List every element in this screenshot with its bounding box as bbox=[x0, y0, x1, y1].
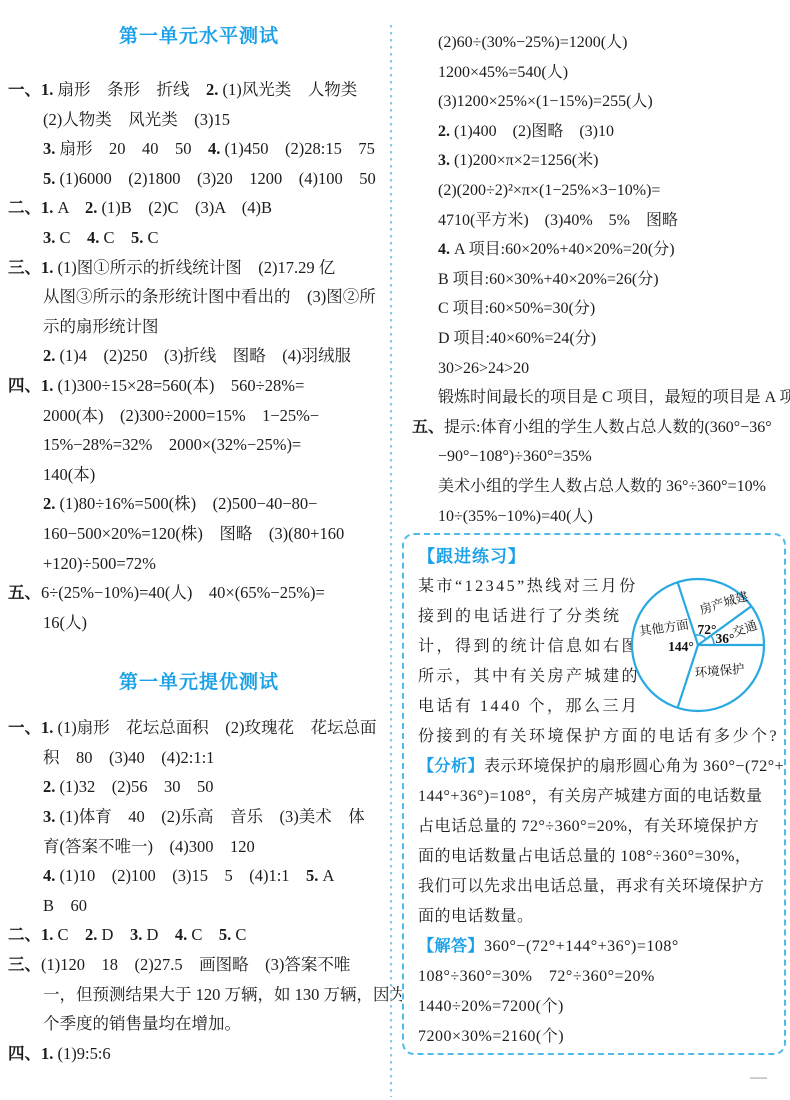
text-segment: 108°÷360°=30% 72°÷360°=20% bbox=[418, 968, 655, 985]
text-segment: 30>26>24>20 bbox=[438, 360, 529, 377]
text-segment: 美术小组的学生人数占总人数的 36°÷360°=10% bbox=[438, 478, 766, 495]
text-segment: A 项目:60×20%+40×20%=20(分) bbox=[454, 241, 675, 258]
answer-line: (2)(200÷2)²×π×(1−25%×3−10%)= bbox=[412, 176, 788, 206]
text-segment: (1)200×π×2=1256(米) bbox=[454, 152, 598, 169]
answer-line: 二、1. C 2. D 3. D 4. C 5. C bbox=[8, 920, 390, 950]
text-segment: 1440÷20%=7200(个) bbox=[418, 998, 564, 1015]
text-segment: (1)6000 (2)1800 (3)20 1200 (4)100 50 bbox=[60, 169, 376, 188]
answer-line: 三、1. (1)图①所示的折线统计图 (2)17.29 亿 bbox=[8, 253, 390, 283]
text-segment: 育(答案不唯一) (4)300 120 bbox=[43, 837, 255, 856]
answer-line: 2000(本) (2)300÷2000=15% 1−25%− bbox=[8, 401, 390, 431]
answer-line: 一、1. (1)扇形 花坛总面积 (2)玫瑰花 花坛总面 bbox=[8, 713, 390, 743]
text-segment: 4. bbox=[438, 241, 454, 258]
text-segment: C bbox=[148, 228, 159, 247]
answer-line: 二、1. A 2. (1)B (2)C (3)A (4)B bbox=[8, 193, 390, 223]
page-number-mark: — bbox=[750, 1068, 767, 1085]
text-segment: 4. bbox=[87, 228, 104, 247]
text-segment: 接到的电话进行了分类统 bbox=[418, 608, 622, 625]
text-segment: (2)人物类 风光类 (3)15 bbox=[43, 110, 230, 129]
answer-line: 7200×30%=2160(个) bbox=[418, 1022, 770, 1052]
answer-line: (3)1200×25%×(1−15%)=255(人) bbox=[412, 87, 788, 117]
answer-line: 锻炼时间最长的项目是 C 项目，最短的项目是 A 项目。 bbox=[412, 383, 788, 413]
text-segment: 5. bbox=[43, 169, 60, 188]
answer-line: 144°+36°)=108°，有关房产城建方面的电话数量 bbox=[418, 782, 770, 812]
answer-line: 【分析】表示环境保护的扇形圆心角为 360°−(72°+ bbox=[418, 752, 770, 782]
text-segment: C 项目:60×50%=30(分) bbox=[438, 300, 595, 317]
answer-line: 3. C 4. C 5. C bbox=[8, 223, 390, 253]
text-segment: 二、 bbox=[8, 198, 41, 217]
text-segment: 360°−(72°+144°+36°)=108° bbox=[484, 938, 679, 955]
text-segment: 三、 bbox=[8, 258, 41, 277]
answer-line: 1200×45%=540(人) bbox=[412, 58, 788, 88]
text-segment: 144°+36°)=108°，有关房产城建方面的电话数量 bbox=[418, 788, 763, 805]
text-segment: D bbox=[102, 925, 130, 944]
text-segment: 1. bbox=[41, 198, 58, 217]
practice-box: 【跟进练习】 某市“12345”热线对三月份接到的电话进行了分类统计，得到的统计… bbox=[402, 533, 786, 1055]
text-segment: 占电话总量的 72°÷360°=20%，有关环境保护方 bbox=[418, 818, 759, 835]
text-segment: 电话有 1440 个，那么三月 bbox=[418, 698, 640, 715]
answer-line: 【解答】360°−(72°+144°+36°)=108° bbox=[418, 932, 770, 962]
text-segment: 四、 bbox=[8, 1044, 41, 1063]
text-segment: B 项目:60×30%+40×20%=26(分) bbox=[438, 271, 659, 288]
text-segment: 4. bbox=[208, 139, 225, 158]
column-divider bbox=[390, 25, 392, 1097]
answer-line: 示的扇形统计图 bbox=[8, 312, 390, 342]
text-segment: 从图③所示的条形统计图中看出的 (3)图②所 bbox=[43, 287, 376, 306]
answer-line: (2)人物类 风光类 (3)15 bbox=[8, 105, 390, 135]
text-segment: 积 80 (3)40 (4)2:1:1 bbox=[43, 748, 214, 767]
answer-line: 1440÷20%=7200(个) bbox=[418, 992, 770, 1022]
answer-line: 2. (1)32 (2)56 30 50 bbox=[8, 772, 390, 802]
answer-line: 3. (1)200×π×2=1256(米) bbox=[412, 146, 788, 176]
text-segment: C bbox=[235, 925, 246, 944]
answer-line: 108°÷360°=30% 72°÷360°=20% bbox=[418, 962, 770, 992]
answer-line: 一、1. 扇形 条形 折线 2. (1)风光类 人物类 bbox=[8, 75, 390, 105]
answer-line: D 项目:40×60%=24(分) bbox=[412, 324, 788, 354]
inline-label: 【解答】 bbox=[418, 938, 484, 955]
text-segment: 1. bbox=[41, 258, 58, 277]
answer-line: 16(人) bbox=[8, 608, 390, 638]
answer-line: 2. (1)80÷16%=500(株) (2)500−40−80− bbox=[8, 489, 390, 519]
text-segment: 我们可以先求出电话总量，再求有关环境保护方 bbox=[418, 878, 765, 895]
answer-line: 3. 扇形 20 40 50 4. (1)450 (2)28:15 75 bbox=[8, 134, 390, 164]
text-segment: 计，得到的统计信息如右图 bbox=[418, 638, 640, 655]
text-segment: 1. bbox=[41, 80, 58, 99]
text-segment: (1)风光类 人物类 bbox=[223, 80, 358, 99]
answer-lines-unit1-advanced-test: 一、1. (1)扇形 花坛总面积 (2)玫瑰花 花坛总面积 80 (3)40 (… bbox=[8, 713, 390, 1068]
answer-lines-continued: (2)60÷(30%−25%)=1200(人)1200×45%=540(人)(3… bbox=[412, 28, 788, 531]
text-segment: 2. bbox=[85, 925, 102, 944]
section-title-unit1-advanced-test: 第一单元提优测试 bbox=[8, 670, 390, 696]
text-segment: 3. bbox=[43, 228, 60, 247]
answer-line: 160−500×20%=120(株) 图略 (3)(80+160 bbox=[8, 519, 390, 549]
pie-angle-label: 144° bbox=[668, 639, 694, 654]
text-segment: 三、 bbox=[8, 955, 41, 974]
text-segment: 4. bbox=[175, 925, 192, 944]
text-segment: 2000(本) (2)300÷2000=15% 1−25%− bbox=[43, 406, 319, 425]
text-segment: 2. bbox=[206, 80, 223, 99]
text-segment: 扇形 条形 折线 bbox=[58, 80, 207, 99]
text-segment: 3. bbox=[438, 152, 454, 169]
answer-line: 积 80 (3)40 (4)2:1:1 bbox=[8, 743, 390, 773]
text-segment: 1. bbox=[41, 1044, 58, 1063]
text-segment: 面的电话数量。 bbox=[418, 908, 534, 925]
answer-lines-unit1-level-test: 一、1. 扇形 条形 折线 2. (1)风光类 人物类(2)人物类 风光类 (3… bbox=[8, 75, 390, 637]
answer-line: 五、6÷(25%−10%)=40(人) 40×(65%−25%)= bbox=[8, 578, 390, 608]
text-segment: 4. bbox=[43, 866, 60, 885]
text-segment: (1)400 (2)图略 (3)10 bbox=[454, 123, 614, 140]
text-segment: (1)32 (2)56 30 50 bbox=[60, 777, 214, 796]
answer-line: 一，但预测结果大于 120 万辆，如 130 万辆，因为每 bbox=[8, 980, 390, 1010]
text-segment: 5. bbox=[306, 866, 323, 885]
text-segment: 四、 bbox=[8, 376, 41, 395]
answer-line: 占电话总量的 72°÷360°=20%，有关环境保护方 bbox=[418, 812, 770, 842]
text-segment: −90°−108°)÷360°=35% bbox=[438, 448, 592, 465]
answer-line: 5. (1)6000 (2)1800 (3)20 1200 (4)100 50 bbox=[8, 164, 390, 194]
answer-line: 从图③所示的条形统计图中看出的 (3)图②所 bbox=[8, 282, 390, 312]
answer-line: 美术小组的学生人数占总人数的 36°÷360°=10% bbox=[412, 472, 788, 502]
text-segment: (2)60÷(30%−25%)=1200(人) bbox=[438, 34, 627, 51]
text-segment: 五、 bbox=[412, 419, 444, 436]
answer-line: 育(答案不唯一) (4)300 120 bbox=[8, 832, 390, 862]
text-segment: C bbox=[191, 925, 219, 944]
answer-line: 个季度的销售量均在增加。 bbox=[8, 1009, 390, 1039]
text-segment: (1)10 (2)100 (3)15 5 (4)1:1 bbox=[60, 866, 307, 885]
practice-box-tag: 【跟进练习】 bbox=[418, 542, 770, 572]
text-segment: (1)扇形 花坛总面积 (2)玫瑰花 花坛总面 bbox=[58, 718, 377, 737]
text-segment: 160−500×20%=120(株) 图略 (3)(80+160 bbox=[43, 524, 344, 543]
text-segment: 3. bbox=[43, 807, 60, 826]
text-segment: 示的扇形统计图 bbox=[43, 317, 159, 336]
text-segment: 16(人) bbox=[43, 613, 87, 632]
text-segment: (3)1200×25%×(1−15%)=255(人) bbox=[438, 93, 653, 110]
text-segment: 1200×45%=540(人) bbox=[438, 64, 568, 81]
text-segment: 一、 bbox=[8, 718, 41, 737]
answer-line: 3. (1)体育 40 (2)乐高 音乐 (3)美术 体 bbox=[8, 802, 390, 832]
text-segment: 5. bbox=[131, 228, 148, 247]
text-segment: 二、 bbox=[8, 925, 41, 944]
text-segment: 个季度的销售量均在增加。 bbox=[43, 1014, 241, 1033]
text-segment: (1)120 18 (2)27.5 画图略 (3)答案不唯 bbox=[41, 955, 350, 974]
answer-line: 2. (1)4 (2)250 (3)折线 图略 (4)羽绒服 bbox=[8, 341, 390, 371]
answer-line: 四、1. (1)9:5:6 bbox=[8, 1039, 390, 1069]
left-column: 第一单元水平测试 一、1. 扇形 条形 折线 2. (1)风光类 人物类(2)人… bbox=[8, 24, 390, 1068]
answer-line: 面的电话数量。 bbox=[418, 902, 770, 932]
answer-line: 份接到的有关环境保护方面的电话有多少个? bbox=[418, 722, 770, 752]
text-segment: 1. bbox=[41, 925, 58, 944]
text-segment: 2. bbox=[43, 346, 60, 365]
text-segment: 7200×30%=2160(个) bbox=[418, 1028, 564, 1045]
text-segment: (1)300÷15×28=560(本) 560÷28%= bbox=[58, 376, 305, 395]
practice-analysis-and-answer: 【分析】表示环境保护的扇形圆心角为 360°−(72°+144°+36°)=10… bbox=[418, 752, 770, 1052]
text-segment: A bbox=[323, 866, 335, 885]
text-segment: 6÷(25%−10%)=40(人) 40×(65%−25%)= bbox=[41, 583, 325, 602]
text-segment: (2)(200÷2)²×π×(1−25%×3−10%)= bbox=[438, 182, 660, 199]
pie-angle-label: 72° bbox=[698, 622, 717, 637]
answer-line: 五、提示:体育小组的学生人数占总人数的(360°−36° bbox=[412, 413, 788, 443]
answer-line: 4. (1)10 (2)100 (3)15 5 (4)1:1 5. A bbox=[8, 861, 390, 891]
text-segment: (1)4 (2)250 (3)折线 图略 (4)羽绒服 bbox=[60, 346, 351, 365]
text-segment: 提示:体育小组的学生人数占总人数的(360°−36° bbox=[444, 419, 772, 436]
text-segment: 五、 bbox=[8, 583, 41, 602]
text-segment: 某市“12345”热线对三月份 bbox=[418, 578, 638, 595]
pie-angle-label: 36° bbox=[716, 631, 735, 646]
text-segment: 面的电话数量占电话总量的 108°÷360°=30%， bbox=[418, 848, 751, 865]
answer-line: 2. (1)400 (2)图略 (3)10 bbox=[412, 117, 788, 147]
text-segment: 15%−28%=32% 2000×(32%−25%)= bbox=[43, 435, 301, 454]
answer-line: 面的电话数量占电话总量的 108°÷360°=30%， bbox=[418, 842, 770, 872]
text-segment: 一，但预测结果大于 120 万辆，如 130 万辆，因为每 bbox=[43, 985, 423, 1004]
text-segment: 扇形 20 40 50 bbox=[60, 139, 209, 158]
text-segment: 10÷(35%−10%)=40(人) bbox=[438, 508, 593, 525]
text-segment: B 60 bbox=[43, 896, 87, 915]
text-segment: 表示环境保护的扇形圆心角为 360°−(72°+ bbox=[484, 758, 784, 775]
text-segment: 一、 bbox=[8, 80, 41, 99]
answer-line: −90°−108°)÷360°=35% bbox=[412, 442, 788, 472]
text-segment: 1. bbox=[41, 376, 58, 395]
inline-label: 【分析】 bbox=[418, 758, 484, 775]
text-segment: 2. bbox=[43, 494, 60, 513]
answer-line: 10÷(35%−10%)=40(人) bbox=[412, 502, 788, 532]
text-segment: 2. bbox=[85, 198, 102, 217]
text-segment: (1)体育 40 (2)乐高 音乐 (3)美术 体 bbox=[60, 807, 365, 826]
text-segment: D bbox=[146, 925, 174, 944]
text-segment: D 项目:40×60%=24(分) bbox=[438, 330, 596, 347]
answer-line: 4710(平方米) (3)40% 5% 图略 bbox=[412, 206, 788, 236]
text-segment: 份接到的有关环境保护方面的电话有多少个? bbox=[418, 728, 779, 745]
text-segment: (1)80÷16%=500(株) (2)500−40−80− bbox=[60, 494, 318, 513]
right-column: (2)60÷(30%−25%)=1200(人)1200×45%=540(人)(3… bbox=[412, 28, 788, 531]
answer-line: 三、(1)120 18 (2)27.5 画图略 (3)答案不唯 bbox=[8, 950, 390, 980]
answer-line: B 60 bbox=[8, 891, 390, 921]
text-segment: (1)9:5:6 bbox=[58, 1044, 111, 1063]
answer-line: 30>26>24>20 bbox=[412, 354, 788, 384]
text-segment: +120)÷500=72% bbox=[43, 554, 156, 573]
answer-line: 15%−28%=32% 2000×(32%−25%)= bbox=[8, 430, 390, 460]
answer-line: 我们可以先求出电话总量，再求有关环境保护方 bbox=[418, 872, 770, 902]
text-segment: 5. bbox=[219, 925, 236, 944]
text-segment: C bbox=[104, 228, 132, 247]
text-segment: 2. bbox=[43, 777, 60, 796]
text-segment: 2. bbox=[438, 123, 454, 140]
text-segment: C bbox=[60, 228, 88, 247]
answer-line: (2)60÷(30%−25%)=1200(人) bbox=[412, 28, 788, 58]
answer-line: 140(本) bbox=[8, 460, 390, 490]
text-segment: C bbox=[58, 925, 86, 944]
text-segment: 3. bbox=[43, 139, 60, 158]
text-segment: 锻炼时间最长的项目是 C 项目，最短的项目是 A 项目。 bbox=[438, 389, 790, 406]
text-segment: (1)450 (2)28:15 75 bbox=[225, 139, 375, 158]
text-segment: 3. bbox=[130, 925, 147, 944]
text-segment: (1)B (2)C (3)A (4)B bbox=[102, 198, 272, 217]
section-title-unit1-level-test: 第一单元水平测试 bbox=[8, 24, 390, 50]
text-segment: 1. bbox=[41, 718, 58, 737]
text-segment: A bbox=[58, 198, 86, 217]
text-segment: 4710(平方米) (3)40% 5% 图略 bbox=[438, 212, 678, 229]
text-segment: 140(本) bbox=[43, 465, 95, 484]
answer-line: 四、1. (1)300÷15×28=560(本) 560÷28%= bbox=[8, 371, 390, 401]
answer-line: C 项目:60×50%=30(分) bbox=[412, 294, 788, 324]
answer-line: B 项目:60×30%+40×20%=26(分) bbox=[412, 265, 788, 295]
answer-line: 4. A 项目:60×20%+40×20%=20(分) bbox=[412, 235, 788, 265]
answer-line: +120)÷500=72% bbox=[8, 549, 390, 579]
text-segment: 所示，其中有关房产城建的 bbox=[418, 668, 640, 685]
pie-chart: 房产城建 交通 环境保护 其他方面 72° 36° 144° bbox=[625, 571, 775, 721]
text-segment: (1)图①所示的折线统计图 (2)17.29 亿 bbox=[58, 258, 336, 277]
